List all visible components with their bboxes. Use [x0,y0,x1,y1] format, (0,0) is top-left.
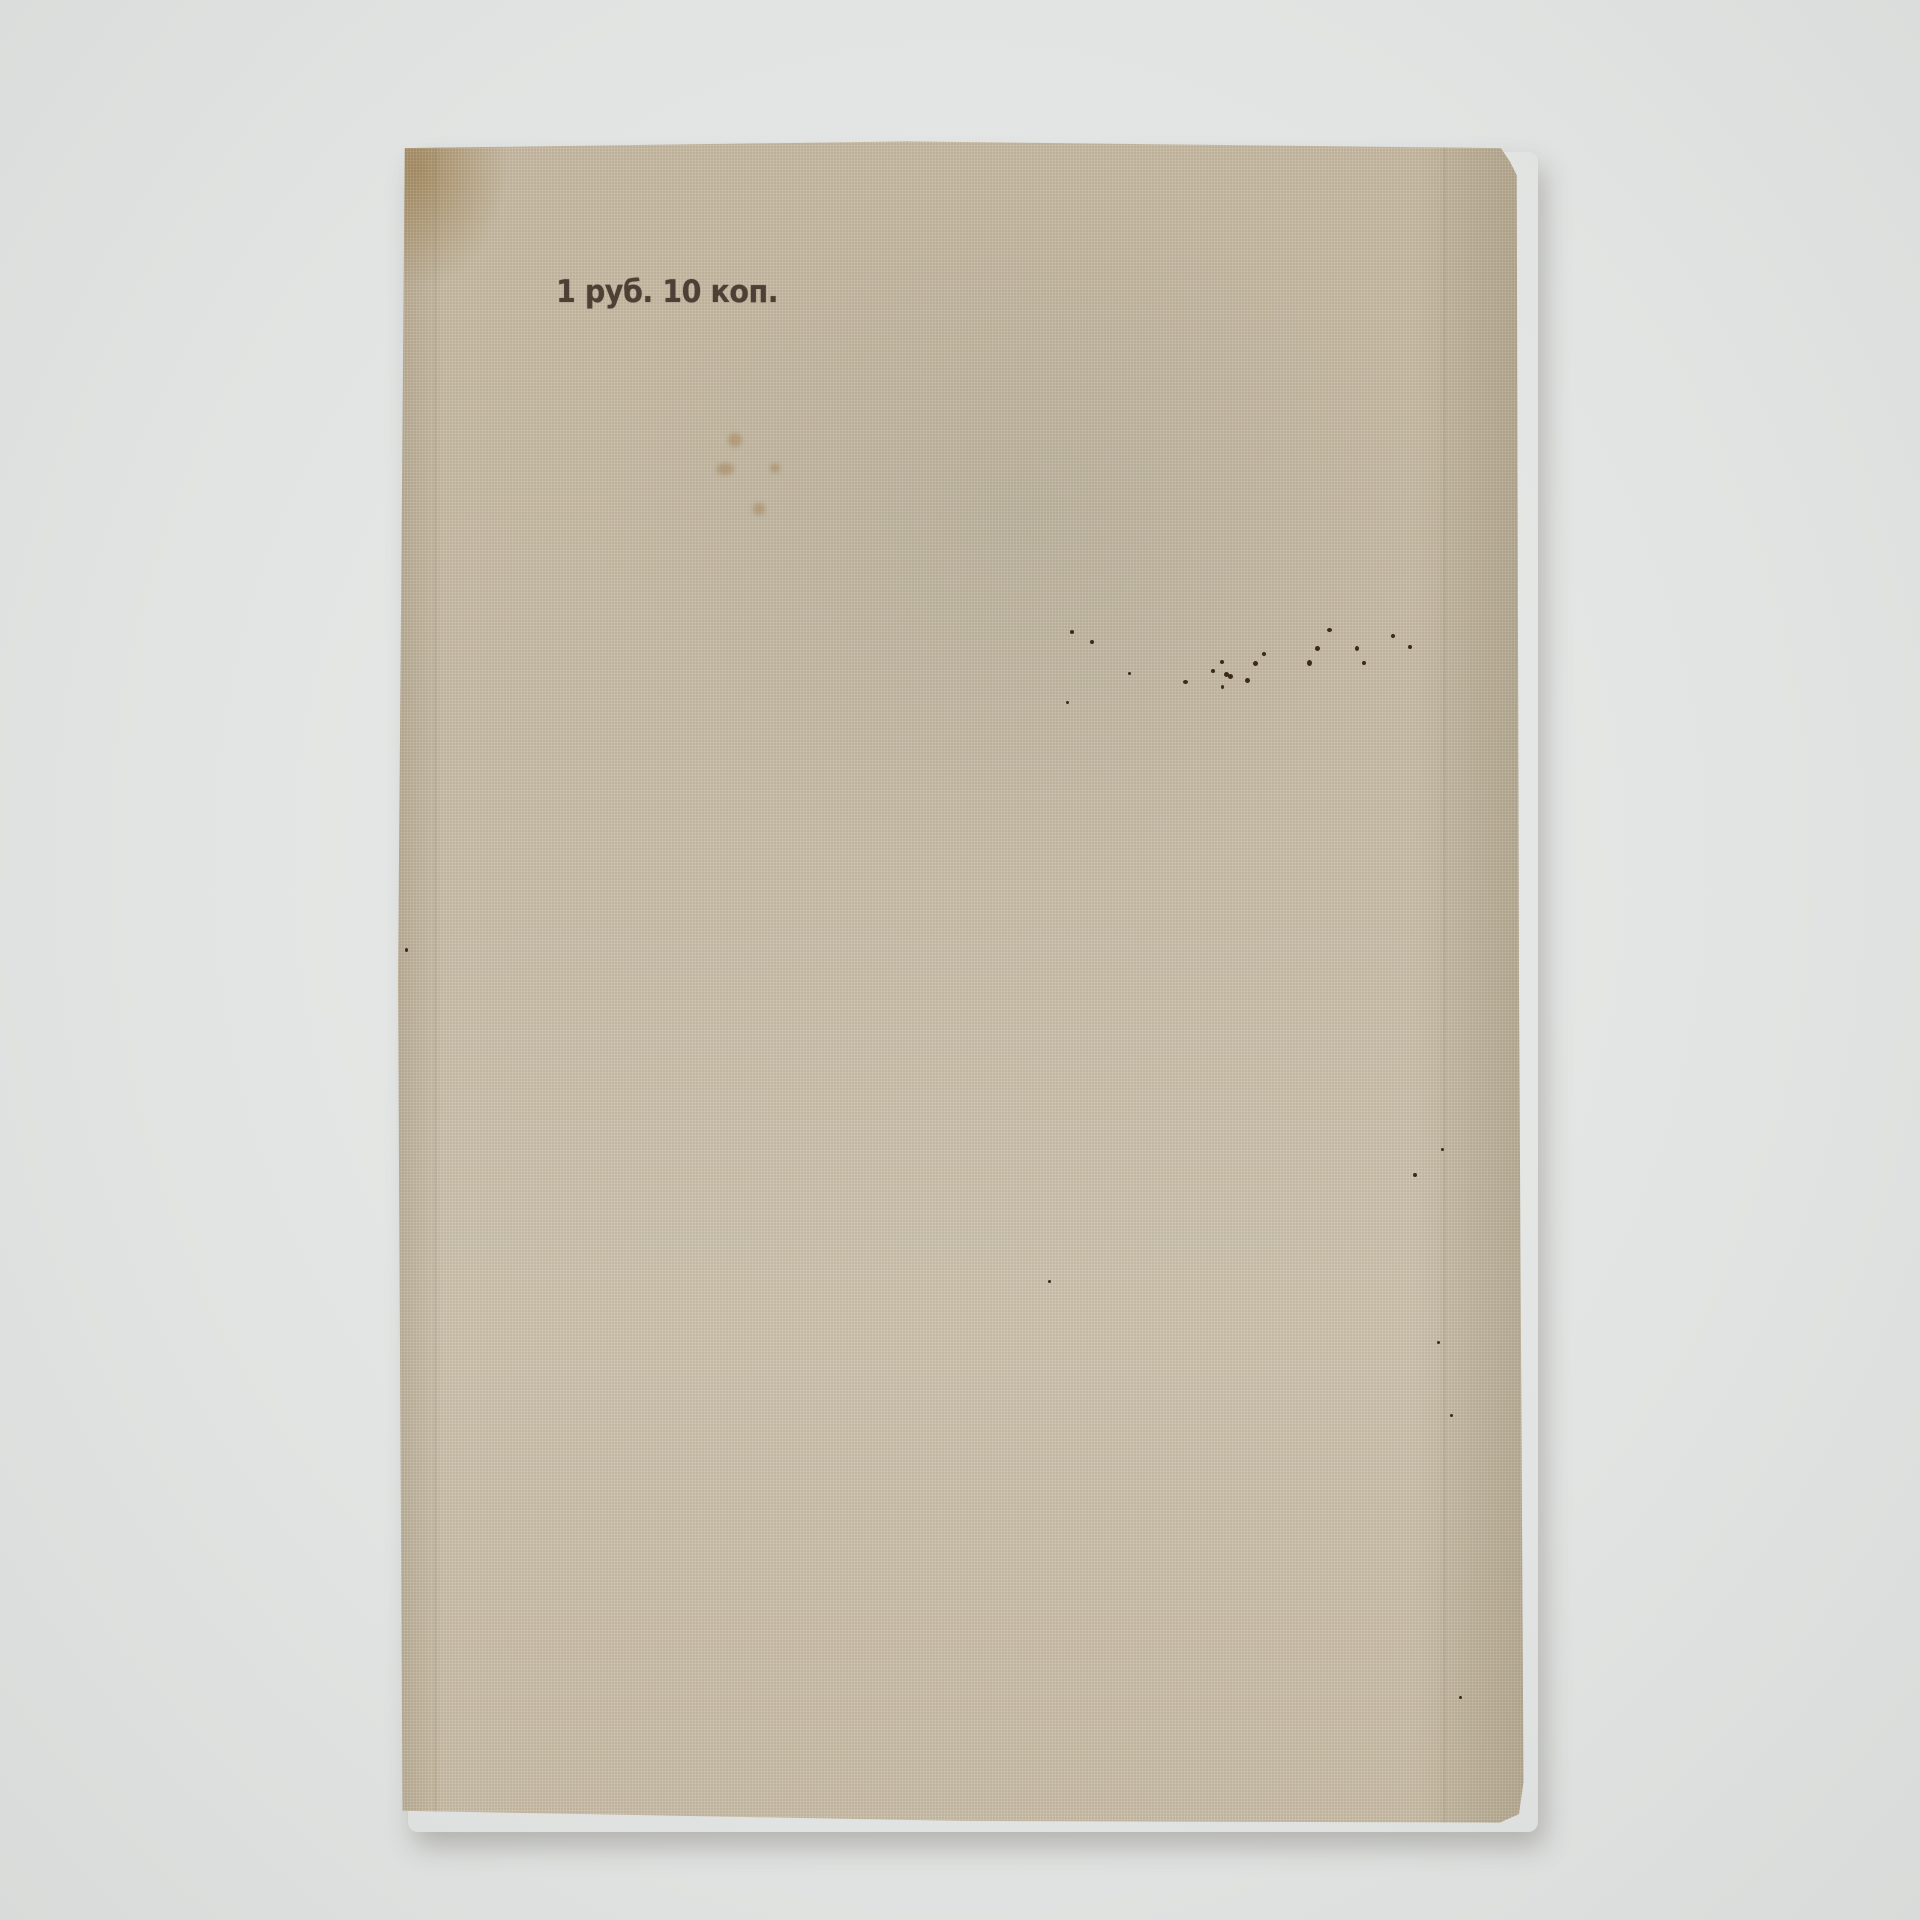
price-stamp: 1 руб. 10 коп. [556,274,778,310]
dirt-speck [1048,1280,1051,1283]
dirt-speck [1441,1148,1444,1151]
left-edge-line [434,138,437,1826]
dirt-speck [1262,652,1266,656]
dirt-speck [1327,628,1332,632]
dirt-speck [1408,645,1412,649]
spine-hinge-line [1443,138,1446,1826]
dirt-speck [1253,661,1258,666]
dirt-speck [1413,1173,1417,1177]
dirt-speck [1183,680,1188,684]
book-back-cover: 1 руб. 10 коп. [398,138,1528,1826]
dirt-speck [1128,672,1131,675]
dirt-speck [1465,1848,1468,1851]
dirt-speck [1391,634,1395,638]
foxing-stain [770,463,780,473]
dirt-speck [1362,661,1366,665]
dirt-speck [1450,1414,1453,1417]
dirt-speck [1211,669,1215,673]
dirt-speck [1245,678,1250,683]
dirt-speck [405,948,408,952]
foxing-stain [753,503,765,515]
foxing-stain [716,463,734,475]
dirt-speck [1315,646,1320,651]
dirt-speck [1221,685,1224,689]
dirt-speck [1066,701,1069,704]
dirt-speck [1220,660,1224,664]
foxing-stain [728,433,742,447]
dirt-speck [1437,1341,1440,1344]
dirt-speck [1355,646,1359,651]
dirt-speck [1090,640,1094,644]
dirt-speck [1228,674,1233,679]
dirt-speck [1070,630,1074,634]
dirt-speck [1307,660,1312,666]
dirt-speck [1459,1696,1462,1699]
